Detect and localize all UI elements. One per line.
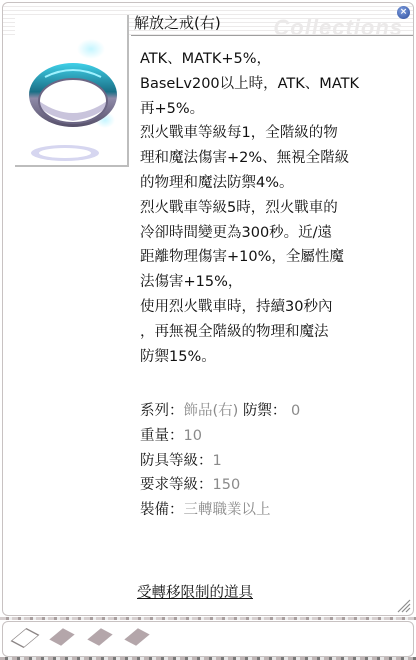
description-line: ，再無視全階級的物理和魔法 bbox=[140, 320, 402, 345]
required-level-label: 要求等級： bbox=[140, 477, 213, 493]
card-slot-filled-icon[interactable] bbox=[87, 628, 112, 645]
description-line: 烈火戰車等級每1，全階級的物 bbox=[140, 121, 402, 146]
equip-row: 裝備：三轉職業以上 bbox=[140, 498, 300, 523]
trade-restriction-link[interactable]: 受轉移限制的道具 bbox=[137, 581, 253, 602]
close-icon[interactable]: × bbox=[397, 6, 410, 19]
description-line: BaseLv200以上時，ATK、MATK bbox=[140, 72, 402, 97]
card-slot-filled-icon[interactable] bbox=[124, 628, 149, 645]
item-image bbox=[15, 15, 129, 167]
window-divider bbox=[0, 617, 416, 620]
description-line: 冷卻時間變更為300秒。近/遠 bbox=[140, 221, 402, 246]
title-divider bbox=[131, 35, 413, 36]
armor-level-row: 防具等級：1 bbox=[140, 449, 300, 474]
type-defense-row: 系列：飾品(右) 防禦： 0 bbox=[140, 399, 300, 424]
description-line: 使用烈火戰車時，持續30秒內 bbox=[140, 295, 402, 320]
item-description: ATK、MATK+5%， BaseLv200以上時，ATK、MATK 再+5%。… bbox=[140, 47, 402, 369]
resize-grip-icon[interactable] bbox=[395, 597, 411, 613]
defense-value: 0 bbox=[291, 403, 300, 419]
required-level-value: 150 bbox=[213, 477, 241, 493]
description-line: 的物理和魔法防禦4%。 bbox=[140, 171, 402, 196]
ring-icon bbox=[15, 15, 127, 165]
equip-label: 裝備： bbox=[140, 502, 184, 518]
armor-level-value: 1 bbox=[213, 453, 222, 469]
collections-watermark: Collections bbox=[273, 15, 403, 41]
weight-label: 重量： bbox=[140, 428, 184, 444]
weight-row: 重量：10 bbox=[140, 424, 300, 449]
description-line: 再+5%。 bbox=[140, 97, 402, 122]
type-value: 飾品(右) bbox=[184, 403, 239, 419]
type-label: 系列： bbox=[140, 403, 184, 419]
description-line: 法傷害+15%， bbox=[140, 270, 402, 295]
required-level-row: 要求等級：150 bbox=[140, 473, 300, 498]
description-line: 防禦15%。 bbox=[140, 345, 402, 370]
card-slot-empty-icon[interactable] bbox=[11, 628, 40, 648]
weight-value: 10 bbox=[184, 428, 202, 444]
defense-label: 防禦： bbox=[243, 403, 287, 419]
item-properties: 系列：飾品(右) 防禦： 0 重量：10 防具等級：1 要求等級：150 裝備：… bbox=[140, 399, 300, 523]
equip-value: 三轉職業以上 bbox=[184, 502, 271, 518]
item-title: 解放之戒(右) bbox=[134, 12, 221, 33]
description-line: ATK、MATK+5%， bbox=[140, 47, 402, 72]
item-info-window: Collections × bbox=[2, 2, 414, 616]
armor-level-label: 防具等級： bbox=[140, 453, 213, 469]
card-slot-bar bbox=[2, 621, 414, 657]
description-line: 烈火戰車等級5時，烈火戰車的 bbox=[140, 196, 402, 221]
card-slot-filled-icon[interactable] bbox=[49, 628, 74, 645]
description-line: 距離物理傷害+10%，全屬性魔 bbox=[140, 245, 402, 270]
description-line: 理和魔法傷害+2%、無視全階級 bbox=[140, 146, 402, 171]
